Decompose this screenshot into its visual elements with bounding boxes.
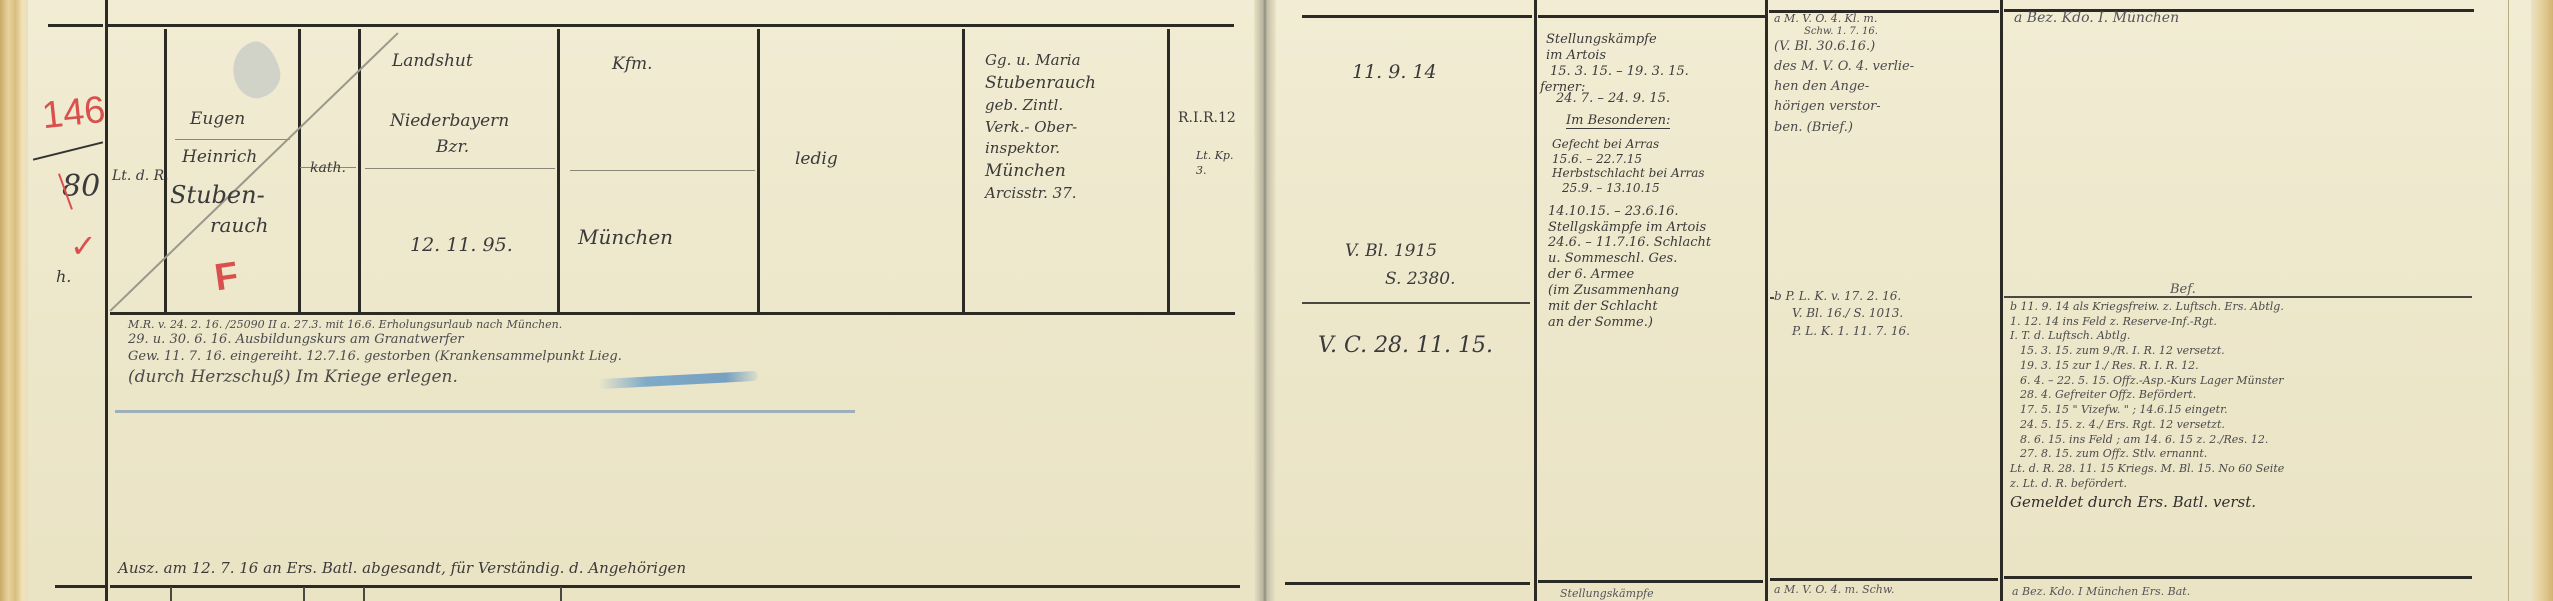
next-row-campaign: Stellungskämpfe (1560, 588, 1654, 601)
promotion-date: V. C. 28. 11. 15. (1318, 333, 1493, 358)
parents-line: geb. Zintl. (985, 95, 1096, 116)
campaign-line: Herbstschlacht bei Arras (1540, 166, 1711, 181)
footer-rule-left (110, 585, 1240, 588)
service-line: 15. 3. 15. zum 9./R. I. R. 12 versetzt. (2010, 344, 2284, 359)
book-edge-right (2531, 0, 2553, 601)
religion: kath. (310, 160, 346, 176)
top-rule-right-2 (1538, 15, 1768, 18)
service-line: 8. 6. 15. ins Feld ; am 14. 6. 15 z. 2./… (2010, 433, 2284, 448)
campaign-line: an der Somme.) (1540, 315, 1711, 331)
birthplace-line2: Niederbayern (390, 112, 509, 132)
campaign-line: 25.9. – 13.10.15 (1540, 181, 1711, 196)
col-rule-4 (557, 29, 560, 312)
footer-note: Ausz. am 12. 7. 16 an Ers. Batl. abgesan… (118, 560, 686, 577)
campaign-line: u. Sommeschl. Ges. (1540, 251, 1711, 267)
campaign-line: Stellgskämpfe im Artois (1540, 220, 1711, 236)
campaign-line: 14.10.15. – 23.6.16. (1540, 204, 1711, 220)
remarks-line: Gew. 11. 7. 16. eingereiht. 12.7.16. ges… (128, 349, 622, 366)
campaign-subheading: Im Besonderen: (1540, 113, 1711, 129)
birth-date: 12. 11. 95. (410, 235, 513, 257)
parents-block: Gg. u. Maria Stubenrauch geb. Zintl. Ver… (985, 50, 1096, 205)
remarks-block: M.R. v. 24. 2. 16. /25090 II a. 27.3. mi… (128, 318, 622, 388)
service-heading: Bef. (2170, 283, 2196, 298)
surname-1: Stuben- (170, 182, 265, 210)
decorations-a-block: a M. V. O. 4. Kl. m. Schw. 1. 7. 16. (V.… (1774, 10, 1914, 138)
campaign-line: Stellungskämpfe (1540, 32, 1711, 48)
decoration-line: a M. V. O. 4. Kl. m. (1774, 10, 1914, 27)
occupation: Kfm. (612, 55, 653, 75)
campaign-line: Gefecht bei Arras (1540, 137, 1711, 152)
service-divider (2004, 296, 2472, 298)
birthplace-line3: Bzr. (436, 138, 469, 158)
right-col-rule-2 (1765, 0, 1768, 601)
vbl-page: S. 2380. (1385, 270, 1456, 290)
decoration-line: b P. L. K. v. 17. 2. 16. (1774, 288, 1910, 305)
footer-rule-right-4 (2004, 576, 2472, 579)
parents-line: Arcisstr. 37. (985, 183, 1096, 204)
col-rule-5 (757, 29, 760, 312)
decoration-line: hörigen verstor- (1774, 97, 1914, 117)
right-page-edge-rule (2508, 0, 2509, 601)
remarks-line: M.R. v. 24. 2. 16. /25090 II a. 27.3. mi… (128, 318, 622, 332)
parents-line: München (985, 159, 1096, 183)
campaign-line: 15. 3. 15. – 19. 3. 15. (1540, 64, 1711, 80)
book-gutter (1254, 0, 1276, 601)
next-row-rule-4 (560, 587, 562, 601)
remarks-line: (durch Herzschuß) Im Kriege erlegen. (128, 366, 622, 388)
given-name-1: Eugen (190, 110, 245, 130)
blue-pencil-underline (115, 410, 855, 413)
campaigns-block: Stellungskämpfe im Artois 15. 3. 15. – 1… (1540, 32, 1711, 331)
residence: München (578, 226, 673, 249)
col-rule-7 (1167, 29, 1170, 312)
campaign-line: 15.6. – 22.7.15 (1540, 152, 1711, 167)
red-check-mark: ✓ (70, 228, 97, 265)
right-col-rule-3 (2000, 0, 2003, 601)
service-a-line: a Bez. Kdo. I. München (2014, 10, 2179, 26)
remarks-line: 29. u. 30. 6. 16. Ausbildungskurs am Gra… (128, 332, 622, 349)
col-rule-6 (962, 29, 965, 312)
col-rule-2 (298, 29, 301, 312)
margin-initial: h. (56, 268, 71, 286)
service-line: b 11. 9. 14 als Kriegsfreiw. z. Luftsch.… (2010, 300, 2284, 315)
campaign-line: im Artois (1540, 48, 1711, 64)
decoration-line: hen den Ange- (1774, 77, 1914, 97)
campaign-line: mit der Schlacht (1540, 299, 1711, 315)
footer-rule-left-margin (55, 585, 105, 588)
service-line: 1. 12. 14 ins Feld z. Reserve-Inf.-Rgt. (2010, 315, 2284, 330)
service-line: 19. 3. 15 zur 1./ Res. R. I. R. 12. (2010, 359, 2284, 374)
top-rule-left (108, 24, 1234, 27)
campaign-line: 24.6. – 11.7.16. Schlacht (1540, 235, 1711, 251)
vbl-reference: V. Bl. 1915 (1345, 242, 1437, 262)
enlistment-date: 11. 9. 14 (1352, 62, 1437, 84)
footer-rule-right-1 (1285, 582, 1530, 585)
top-rule-margin (48, 24, 103, 27)
parents-line: inspektor. (985, 138, 1096, 159)
service-line: Gemeldet durch Ers. Batl. verst. (2010, 492, 2284, 512)
right-col-rule-1 (1534, 0, 1537, 601)
decorations-b-block: b P. L. K. v. 17. 2. 16. V. Bl. 16./ S. … (1774, 288, 1910, 340)
unit-ref-line1: R.I.R.12 (1178, 110, 1236, 126)
service-line: I. T. d. Luftsch. Abtlg. (2010, 329, 2284, 344)
left-margin-rule (105, 0, 108, 601)
footer-rule-right-2 (1538, 580, 1763, 583)
unit-abbrev: Lt. d. R. (112, 168, 169, 184)
decoration-line: V. Bl. 16./ S. 1013. (1774, 305, 1910, 322)
service-line: 24. 5. 15. z. 4./ Ers. Rgt. 12 versetzt. (2010, 418, 2284, 433)
book-edge-left (0, 0, 28, 601)
service-line: 6. 4. – 22. 5. 15. Offz.-Asp.-Kurs Lager… (2010, 374, 2284, 389)
next-row-rule-1 (170, 587, 172, 601)
birthplace-divider (365, 168, 555, 169)
campaign-line: 24. 7. – 24. 9. 15. (1540, 91, 1711, 107)
parents-line: Verk.- Ober- (985, 117, 1096, 138)
footer-rule-right-3 (1770, 578, 1998, 581)
next-row-rule-3 (363, 587, 365, 601)
service-b-block: b 11. 9. 14 als Kriegsfreiw. z. Luftsch.… (2010, 300, 2284, 512)
surname-2: rauch (210, 214, 268, 237)
enlistment-divider (1302, 302, 1530, 304)
service-line: z. Lt. d. R. befördert. (2010, 477, 2284, 492)
birthplace-line1: Landshut (392, 52, 473, 72)
parents-line: Gg. u. Maria (985, 50, 1096, 71)
decoration-line: Schw. 1. 7. 16. (1774, 27, 1914, 37)
decoration-line: (V. Bl. 30.6.16.) (1774, 37, 1914, 57)
campaign-line: der 6. Armee (1540, 267, 1711, 283)
given-name-2: Heinrich (182, 148, 257, 168)
next-row-decoration: a M. V. O. 4. m. Schw. (1774, 584, 1895, 597)
entry-number: 146 (40, 89, 108, 139)
service-line: 27. 8. 15. zum Offz. Stlv. ernannt. (2010, 447, 2284, 462)
campaign-line: (im Zusammenhang (1540, 283, 1711, 299)
decoration-line: P. L. K. 1. 11. 7. 16. (1774, 323, 1910, 340)
unit-ref-line2: Lt. Kp. (1196, 150, 1233, 163)
unit-ref-line3: 3. (1196, 165, 1207, 178)
residence-divider (570, 170, 755, 171)
decoration-line: ben. (Brief.) (1774, 118, 1914, 138)
name-divider (175, 139, 290, 140)
top-rule-right-1 (1302, 15, 1532, 18)
service-line: 28. 4. Gefreiter Offz. Befördert. (2010, 388, 2284, 403)
decoration-line: des M. V. O. 4. verlie- (1774, 57, 1914, 77)
row-bottom-rule-left (110, 312, 1235, 315)
service-line: 17. 5. 15 " Vizefw. " ; 14.6.15 eingetr. (2010, 403, 2284, 418)
service-line: Lt. d. R. 28. 11. 15 Kriegs. M. Bl. 15. … (2010, 462, 2284, 477)
next-row-rule-2 (303, 587, 305, 601)
next-entry-service: a Bez. Kdo. I München Ers. Bat. (2012, 586, 2190, 599)
parents-line: Stubenrauch (985, 71, 1096, 95)
marital-status: ledig (795, 150, 838, 170)
